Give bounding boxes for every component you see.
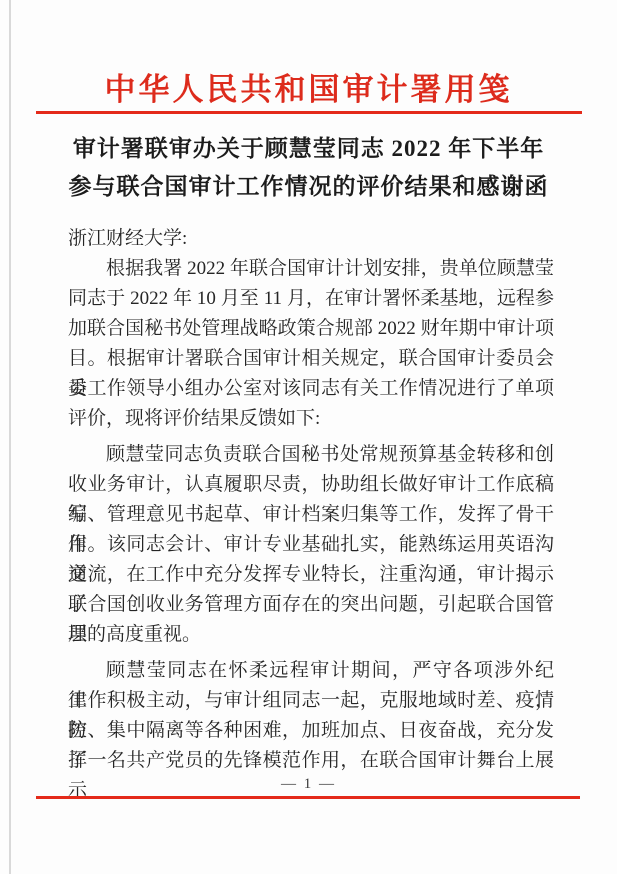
document-title-line2: 参与联合国审计工作情况的评价结果和感谢函	[40, 168, 577, 206]
body-line: 收业务审计，认真履职尽责，协助组长做好审计工作底稿编	[68, 470, 554, 500]
body-line: 加联合国秘书处管理战略政策合规部 2022 财年期中审计项	[68, 314, 554, 344]
body-line: 交流，在工作中充分发挥专业特长，注重沟通，审计揭示了	[68, 560, 554, 590]
body-line: 了一名共产党员的先锋模范作用，在联合国审计舞台上展示	[68, 746, 554, 776]
letter-body: 浙江财经大学:根据我署 2022 年联合国审计计划安排，贵单位顾慧莹同志于 20…	[68, 224, 554, 776]
header-rule	[36, 111, 582, 114]
body-line: 浙江财经大学:	[68, 224, 554, 254]
body-line: 顾慧莹同志负责联合国秘书处常规预算基金转移和创	[68, 440, 554, 470]
body-line: 目。根据审计署联合国审计相关规定，联合国审计委员会委	[68, 344, 554, 374]
body-line: 联合国创收业务管理方面存在的突出问题，引起联合国管理	[68, 590, 554, 620]
body-line: 层的高度重视。	[68, 620, 554, 650]
page-number: — 1 —	[0, 776, 617, 793]
body-line: 员工作领导小组办公室对该同志有关工作情况进行了单项	[68, 374, 554, 404]
scan-edge-line	[9, 0, 11, 874]
document-title: 审计署联审办关于顾慧莹同志 2022 年下半年 参与联合国审计工作情况的评价结果…	[40, 130, 577, 206]
body-line: 写、管理意见书起草、审计档案归集等工作，发挥了骨干作	[68, 500, 554, 530]
document-page: 中华人民共和国审计署用笺 审计署联审办关于顾慧莹同志 2022 年下半年 参与联…	[0, 0, 617, 874]
body-line: 控、集中隔离等各种困难，加班加点、日夜奋战，充分发挥	[68, 716, 554, 746]
footer-rule	[36, 796, 580, 799]
body-line: 顾慧莹同志在怀柔远程审计期间，严守各项涉外纪律，	[68, 656, 554, 686]
body-line: 评价，现将评价结果反馈如下:	[68, 404, 554, 434]
body-line: 工作积极主动，与审计组同志一起，克服地域时差、疫情防	[68, 686, 554, 716]
document-title-line1: 审计署联审办关于顾慧莹同志 2022 年下半年	[40, 130, 577, 168]
letterhead-title: 中华人民共和国审计署用笺	[0, 64, 617, 109]
body-line: 用。该同志会计、审计专业基础扎实，能熟练运用英语沟通	[68, 530, 554, 560]
body-line: 根据我署 2022 年联合国审计计划安排，贵单位顾慧莹	[68, 254, 554, 284]
body-line: 同志于 2022 年 10 月至 11 月，在审计署怀柔基地，远程参	[68, 284, 554, 314]
